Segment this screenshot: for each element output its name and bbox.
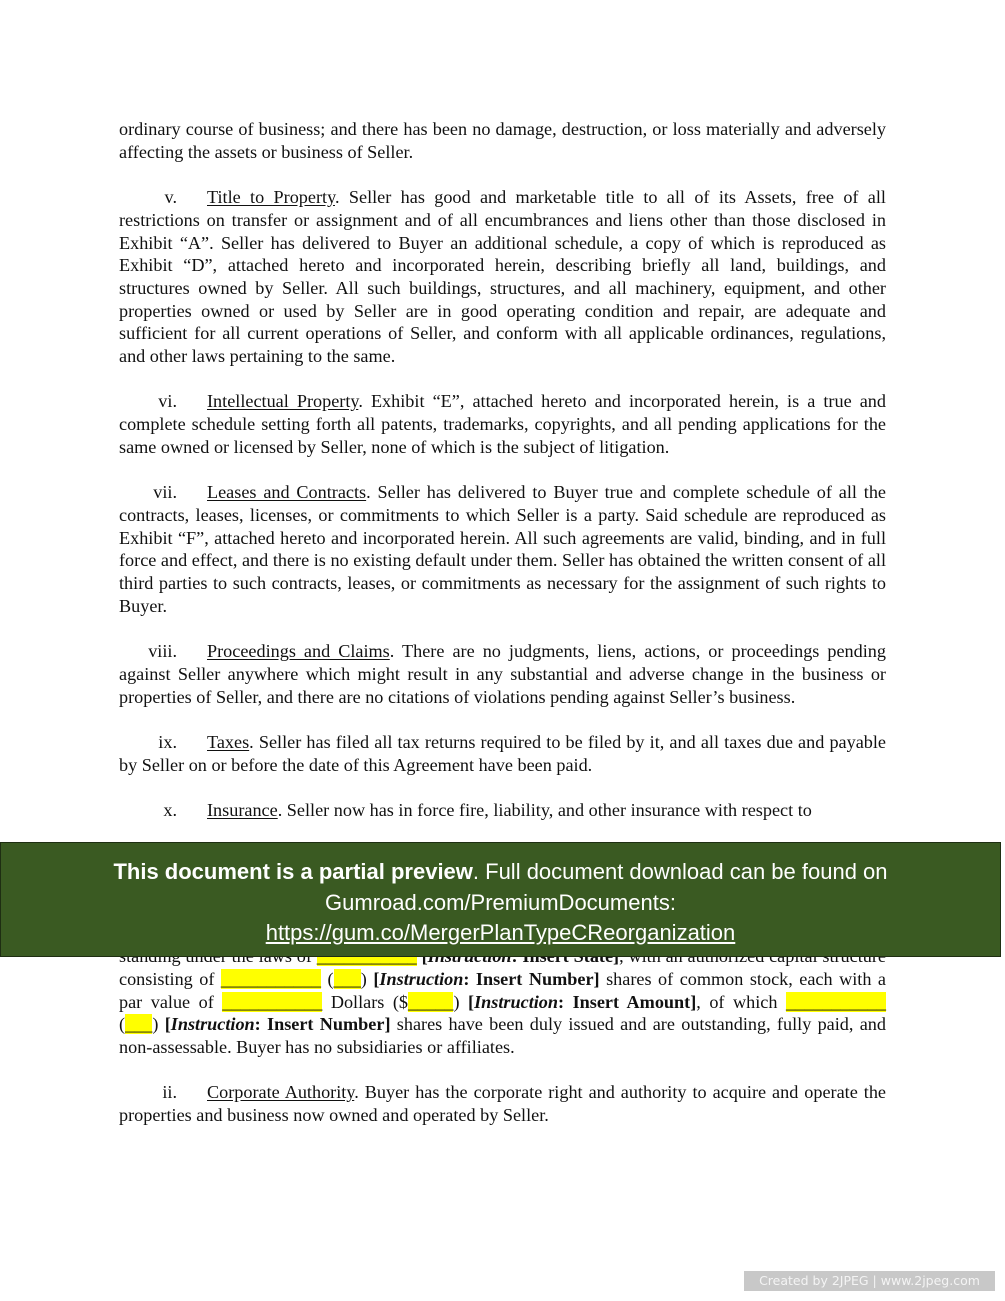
section-text: Dollars ($ (322, 992, 408, 1012)
section-heading: Corporate Authority (207, 1082, 354, 1102)
section-number: viii. (119, 640, 177, 663)
instruction-text: : Insert Number (463, 969, 593, 989)
par-value-words-blank[interactable]: ___________ (222, 992, 322, 1012)
section-leases-and-contracts: vii.Leases and Contracts. Seller has del… (119, 481, 886, 617)
issued-shares-words-blank[interactable]: ___________ (786, 992, 886, 1012)
instruction-label: Instruction (171, 1014, 255, 1034)
intro-paragraph: ordinary course of business; and there h… (119, 118, 886, 163)
section-number: v. (119, 186, 177, 209)
banner-bold-text: This document is a partial preview (113, 859, 472, 884)
section-intellectual-property: vi.Intellectual Property. Exhibit “E”, a… (119, 390, 886, 458)
banner-line-3: https://gum.co/MergerPlanTypeCReorganiza… (1, 918, 1000, 949)
instruction-insert-number: [Instruction: Insert Number] (373, 969, 599, 989)
partial-preview-banner: This document is a partial preview. Full… (0, 842, 1001, 957)
section-corporate-authority: ii.Corporate Authority. Buyer has the co… (119, 1081, 886, 1126)
section-heading: Leases and Contracts (207, 482, 366, 502)
section-body: . Seller has good and marketable title t… (119, 187, 886, 366)
section-body: . Seller now has in force fire, liabilit… (278, 800, 812, 820)
section-proceedings-and-claims: viii.Proceedings and Claims. There are n… (119, 640, 886, 708)
section-number: ii. (119, 1081, 177, 1104)
instruction-label: Instruction (379, 969, 463, 989)
section-number: x. (119, 799, 177, 822)
par-value-amount-blank[interactable]: _____ (408, 992, 453, 1012)
section-number: vii. (119, 481, 177, 504)
authorized-shares-number-blank[interactable]: ___ (334, 969, 361, 989)
section-title-to-property: v.Title to Property. Seller has good and… (119, 186, 886, 368)
document-page: ordinary course of business; and there h… (119, 118, 886, 1149)
section-taxes: ix.Taxes. Seller has filed all tax retur… (119, 731, 886, 776)
section-heading: Proceedings and Claims (207, 641, 390, 661)
section-text: , of which (696, 992, 786, 1012)
section-number: vi. (119, 390, 177, 413)
section-insurance: x.Insurance. Seller now has in force fir… (119, 799, 886, 822)
issued-shares-number-blank[interactable]: ___ (125, 1014, 152, 1034)
instruction-text: : Insert Number (255, 1014, 385, 1034)
instruction-insert-amount: [Instruction: Insert Amount] (468, 992, 696, 1012)
section-heading: Insurance (207, 800, 278, 820)
section-heading: Title to Property (207, 187, 335, 207)
banner-line-2: Gumroad.com/PremiumDocuments: (1, 888, 1000, 919)
instruction-label: Instruction (474, 992, 558, 1012)
instruction-text: : Insert Amount (558, 992, 690, 1012)
download-link[interactable]: https://gum.co/MergerPlanTypeCReorganiza… (266, 920, 736, 945)
watermark: Created by 2JPEG | www.2jpeg.com (744, 1271, 995, 1291)
banner-line-1: This document is a partial preview. Full… (1, 857, 1000, 888)
section-body: . Seller has delivered to Buyer true and… (119, 482, 886, 616)
section-number: ix. (119, 731, 177, 754)
authorized-shares-words-blank[interactable]: ___________ (221, 969, 321, 989)
section-heading: Taxes (207, 732, 249, 752)
instruction-insert-number: [Instruction: Insert Number] (165, 1014, 391, 1034)
section-heading: Intellectual Property (207, 391, 358, 411)
banner-text: . Full document download can be found on (473, 859, 888, 884)
